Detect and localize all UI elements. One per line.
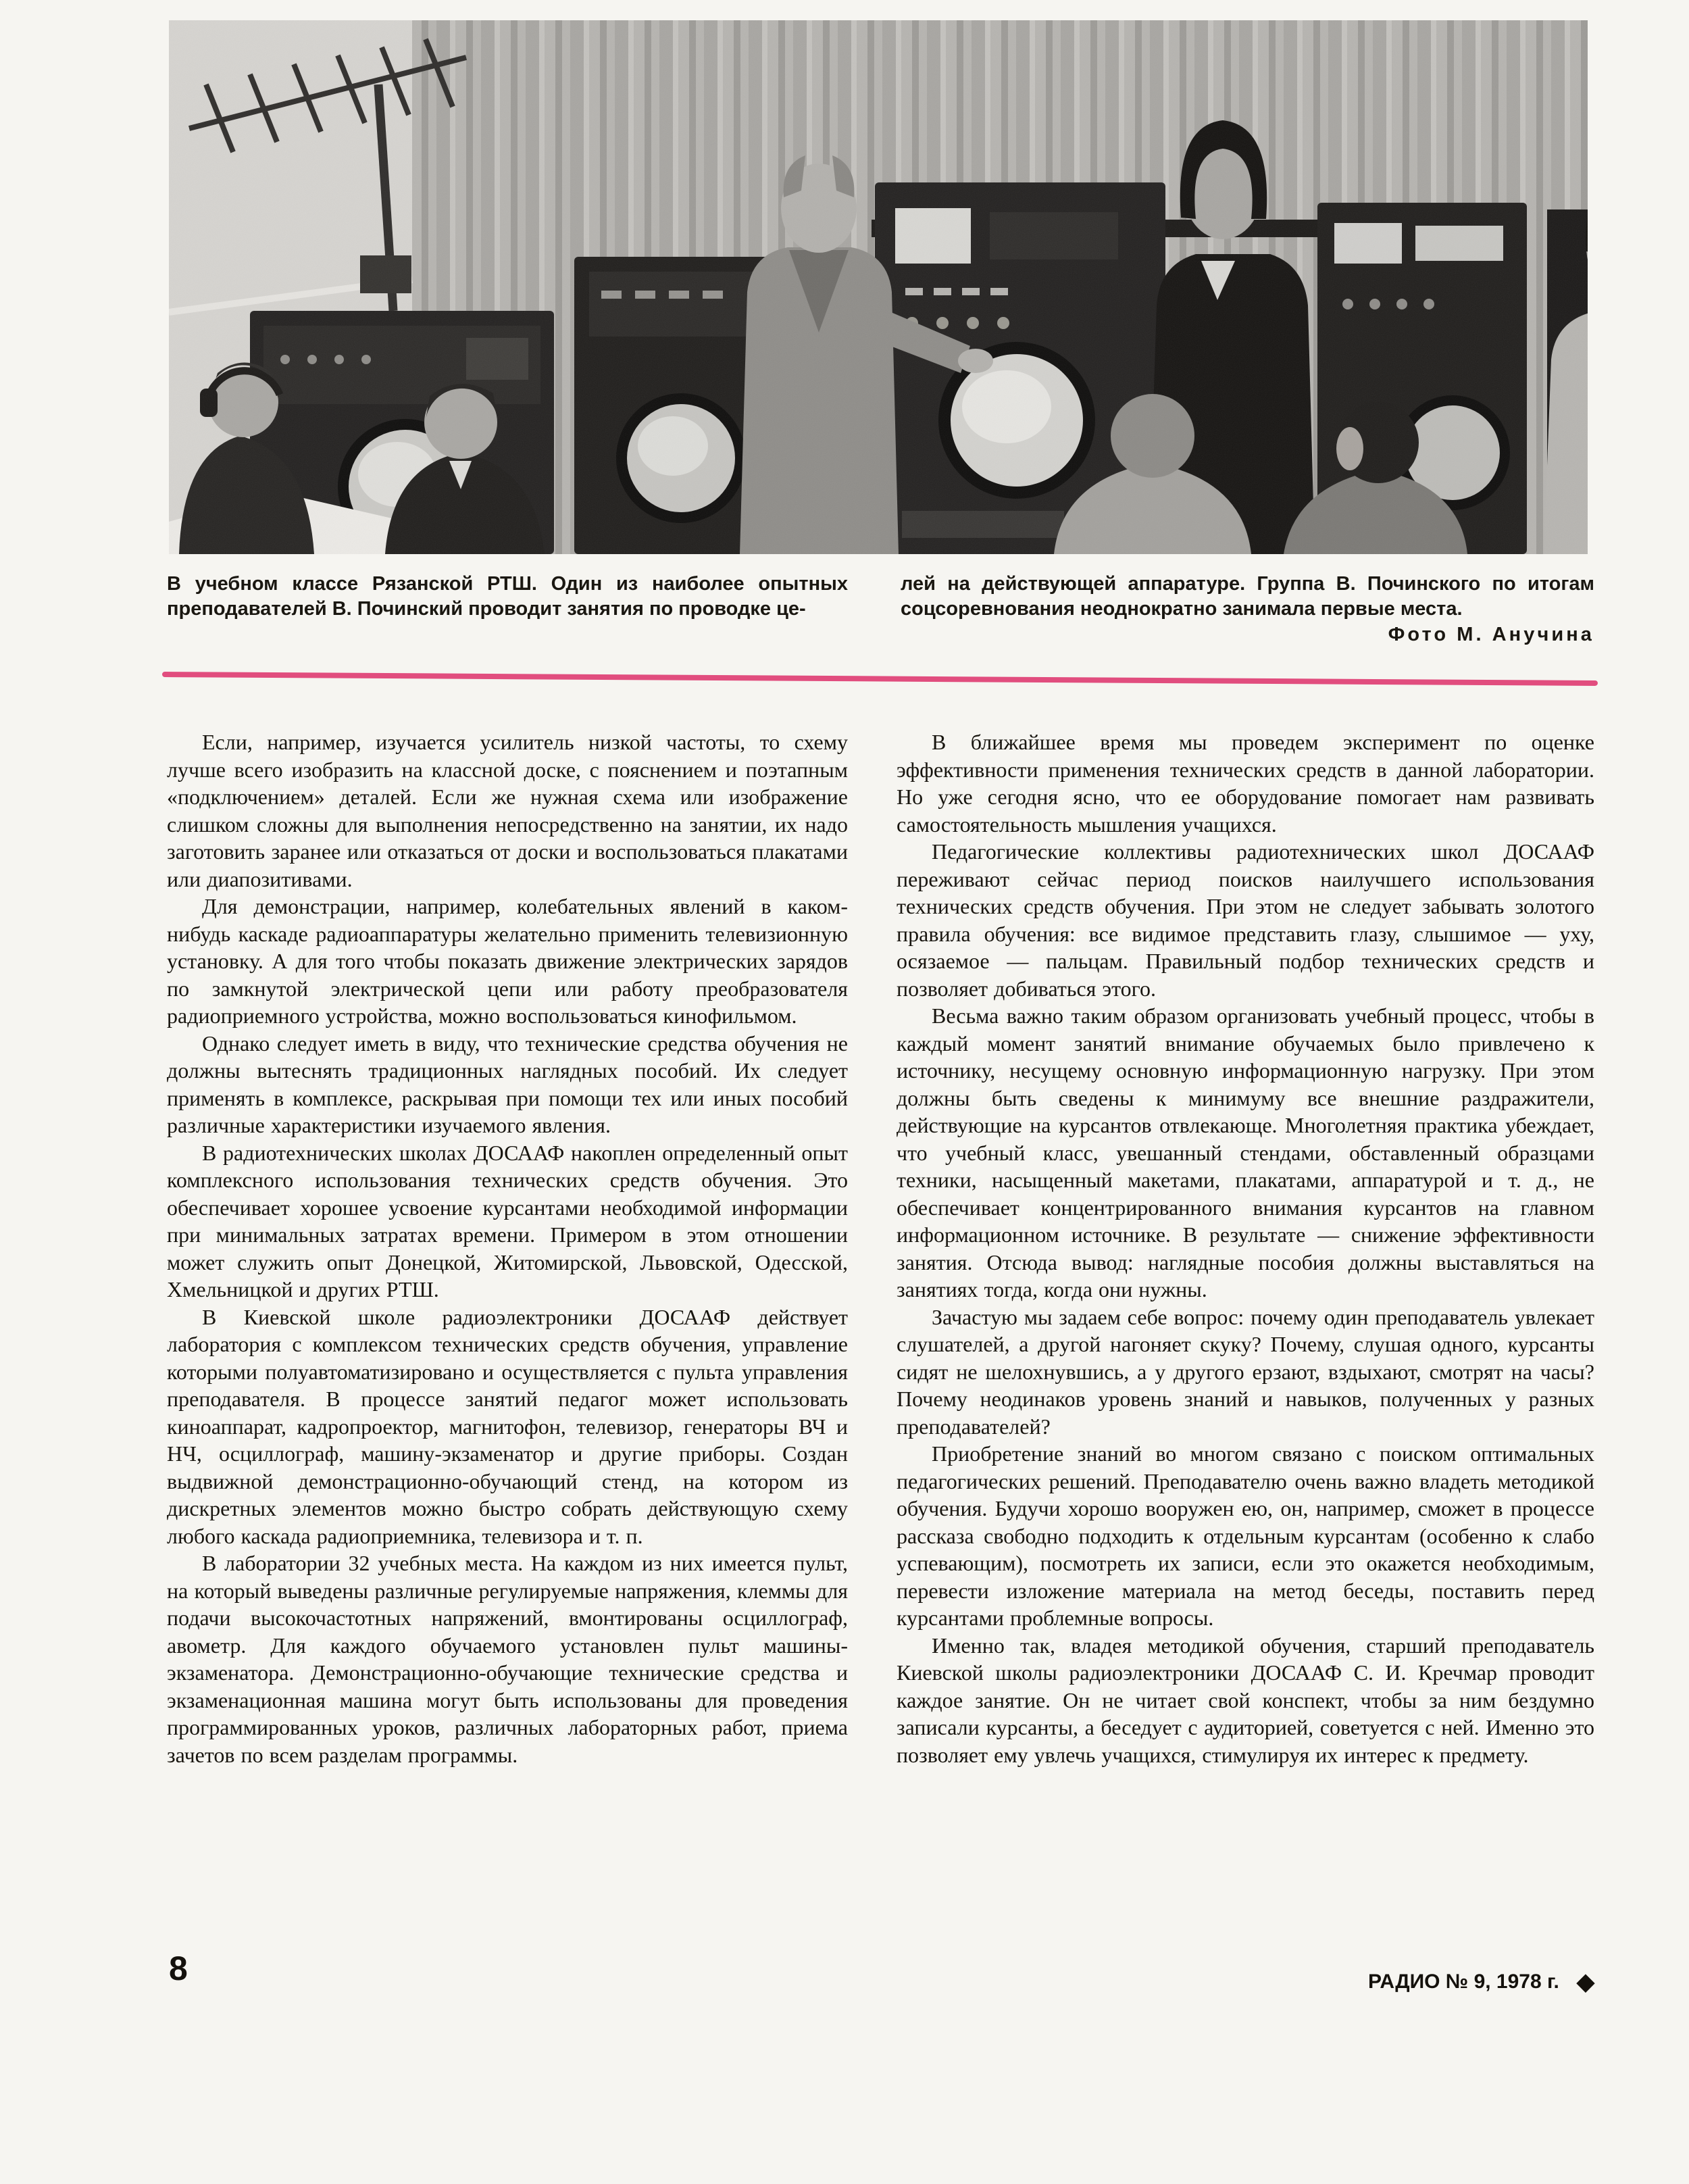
paragraph: Если, например, изучается усилитель низк… <box>167 728 848 893</box>
photo-grain-overlay <box>169 20 1588 554</box>
paragraph: Педагогические коллективы радиотехническ… <box>897 838 1594 1002</box>
journal-footer-text: РАДИО № 9, 1978 г. <box>1368 1970 1559 1993</box>
paragraph: Однако следует иметь в виду, что техниче… <box>167 1030 848 1139</box>
magazine-page: В учебном классе Рязанской РТШ. Один из … <box>0 0 1689 2184</box>
photo-caption: В учебном классе Рязанской РТШ. Один из … <box>167 572 1594 647</box>
paragraph: В Киевской школе радиоэлектроники ДОСААФ… <box>167 1304 848 1550</box>
paragraph: Для демонстрации, например, колебательны… <box>167 893 848 1030</box>
paragraph: Приобретение знаний во многом связано с … <box>897 1440 1594 1632</box>
photo-caption-right-text: лей на действующей аппаратуре. Группа В.… <box>901 573 1594 620</box>
article-body: Если, например, изучается усилитель низк… <box>167 728 1594 1768</box>
paragraph: Зачастую мы задаем себе вопрос: почему о… <box>897 1304 1594 1441</box>
paragraph: В лаборатории 32 учебных места. На каждо… <box>167 1549 848 1768</box>
paragraph: Весьма важно таким образом организовать … <box>897 1002 1594 1304</box>
photo-caption-right: лей на действующей аппаратуре. Группа В.… <box>901 572 1594 647</box>
diamond-icon: ◆ <box>1577 1970 1594 1993</box>
article-column-right: В ближайшее время мы проведем эксперимен… <box>897 728 1594 1768</box>
accent-rule <box>162 672 1598 686</box>
photo-caption-left: В учебном классе Рязанской РТШ. Один из … <box>167 572 848 647</box>
photo-credit: Фото М. Анучина <box>901 622 1594 647</box>
page-number: 8 <box>169 1952 188 1985</box>
paragraph: В радиотехнических школах ДОСААФ накопле… <box>167 1139 848 1304</box>
journal-footer: РАДИО № 9, 1978 г. ◆ <box>1368 1970 1594 1993</box>
classroom-photo <box>169 20 1588 554</box>
paragraph: Именно так, владея методикой обучения, с… <box>897 1632 1594 1769</box>
paragraph: В ближайшее время мы проведем эксперимен… <box>897 728 1594 838</box>
classroom-photo-illustration <box>169 20 1588 554</box>
article-column-left: Если, например, изучается усилитель низк… <box>167 728 848 1768</box>
